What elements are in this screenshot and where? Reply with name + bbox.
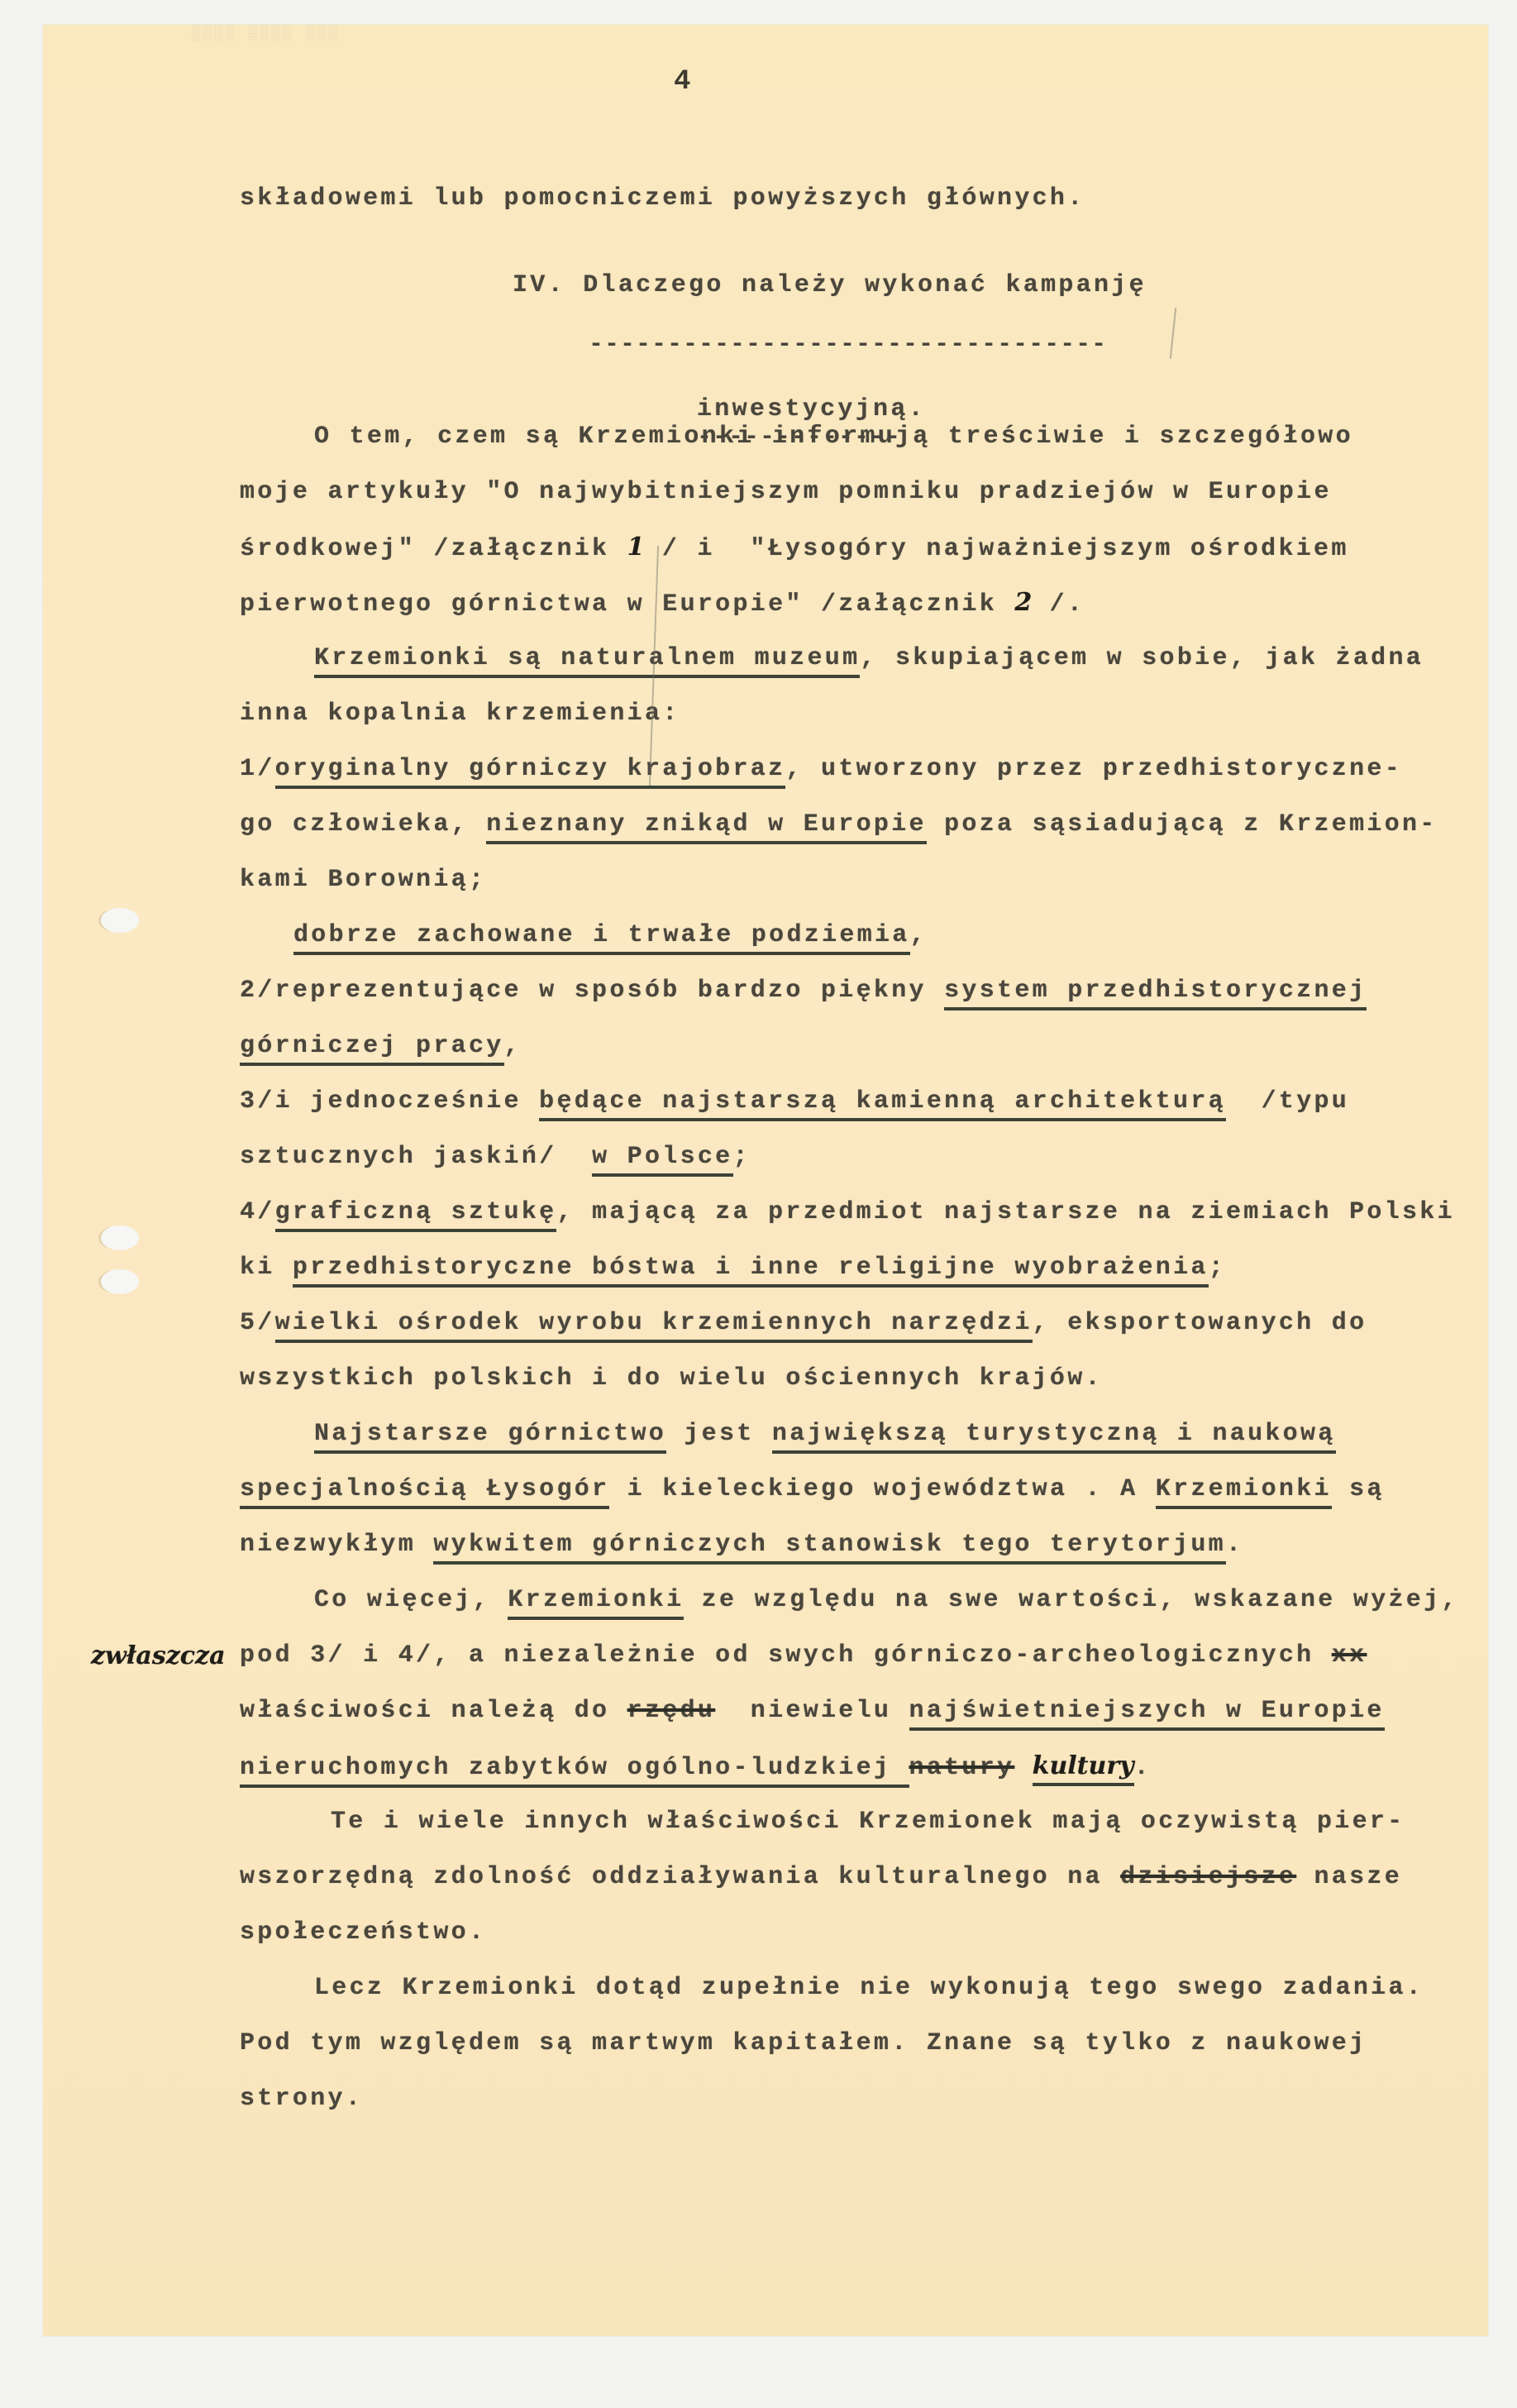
text-segment: 3/i jednocześnie — [240, 1087, 539, 1116]
text-segment: , utworzony przez przedhistoryczne- — [785, 755, 1402, 783]
underlined-text: specjalnością Łysogór — [240, 1475, 609, 1509]
handwritten-insertion: 2 — [1014, 588, 1032, 617]
text-line: specjalnością Łysogór i kieleckiego woje… — [240, 1474, 1385, 1504]
punch-hole — [101, 908, 139, 933]
text-segment: poza sąsiadującą z Krzemion- — [927, 810, 1438, 838]
text-segment: pod 3/ i 4/, a niezależnie od swych górn… — [240, 1641, 1332, 1670]
text-segment: 1/ — [240, 755, 275, 783]
text-line: niezwykłym wykwitem górniczych stanowisk… — [240, 1530, 1243, 1560]
underlined-text: nieruchomych zabytków ogólno-ludzkiej — [240, 1754, 909, 1788]
margin-note-handwritten: zwłaszcza — [91, 1641, 226, 1671]
text-line: Pod tym względem są martwym kapitałem. Z… — [240, 2028, 1367, 2058]
underlined-text: największą turystyczną i naukową — [772, 1420, 1336, 1454]
text-segment: wszorzędną zdolność oddziaływania kultur… — [240, 1863, 1120, 1891]
text-line: inna kopalnia krzemienia: — [240, 699, 680, 729]
underlined-text: górniczej pracy — [240, 1032, 504, 1066]
text-segment: ; — [733, 1143, 751, 1171]
section-title-line2: inwestycyjną. — [697, 394, 926, 424]
text-segment: są — [1332, 1475, 1385, 1503]
text-line: sztucznych jaskiń/ w Polsce; — [240, 1142, 751, 1172]
text-segment: pierwotnego górnictwa w Europie" /załącz… — [240, 590, 1014, 619]
underlined-text: Krzemionki — [1156, 1475, 1332, 1509]
text-line: Lecz Krzemionki dotąd zupełnie nie wykon… — [314, 1973, 1424, 2003]
text-segment: go człowieka, — [240, 810, 486, 838]
intro-line: składowemi lub pomocniczemi powyższych g… — [240, 184, 1085, 213]
text-segment: strony. — [240, 2085, 363, 2113]
text-line: dobrze zachowane i trwałe podziemia, — [293, 920, 928, 950]
faded-stamp: ░░░░ ░░░░ ░░░ — [192, 25, 465, 87]
text-segment: Co więcej, — [314, 1586, 508, 1614]
underlined-text: graficzną sztukę — [275, 1198, 557, 1232]
text-segment: . — [1134, 1754, 1152, 1782]
text-segment: /typu — [1226, 1087, 1349, 1116]
text-line: wszystkich polskich i do wielu ościennyc… — [240, 1364, 1103, 1393]
title-underline-dashes: --------------------------------- — [589, 331, 1107, 359]
text-segment: ; — [1209, 1254, 1226, 1282]
underlined-text: Najstarsze górnictwo — [314, 1420, 666, 1454]
text-line: 3/i jednocześnie będące najstarszą kamie… — [240, 1087, 1349, 1116]
text-line: społeczeństwo. — [240, 1918, 486, 1947]
text-line: 5/wielki ośrodek wyrobu krzemiennych nar… — [240, 1308, 1367, 1338]
text-segment: moje artykuły "O najwybitniejszym pomnik… — [240, 478, 1332, 506]
text-segment: nasze — [1296, 1863, 1402, 1891]
text-line: 2/reprezentujące w sposób bardzo piękny … — [240, 976, 1367, 1006]
text-segment: / i "Łysogóry najważniejszym ośrodkiem — [645, 535, 1349, 563]
text-line: 4/graficzną sztukę, mającą za przedmiot … — [240, 1197, 1455, 1227]
underlined-text: wielki ośrodek wyrobu krzemiennych narzę… — [275, 1309, 1033, 1343]
handwritten-insertion: 1 — [627, 533, 645, 561]
underlined-text: dobrze zachowane i trwałe podziemia — [293, 921, 910, 955]
text-segment: , skupiającem w sobie, jak żadna — [860, 644, 1424, 672]
text-line: go człowieka, nieznany znikąd w Europie … — [240, 810, 1438, 839]
text-line: nieruchomych zabytków ogólno-ludzkiej na… — [240, 1751, 1152, 1781]
text-line: Co więcej, Krzemionki ze względu na swe … — [314, 1585, 1459, 1615]
struck-out-text: xx — [1332, 1641, 1367, 1670]
text-segment: Te i wiele innych właściwości Krzemionek… — [331, 1808, 1405, 1836]
text-segment: Pod tym względem są martwym kapitałem. Z… — [240, 2029, 1367, 2057]
text-segment: społeczeństwo. — [240, 1918, 486, 1947]
struck-out-text: rzędu — [627, 1697, 716, 1725]
text-line: Te i wiele innych właściwości Krzemionek… — [331, 1807, 1405, 1837]
text-segment: , — [910, 921, 928, 949]
handwritten-insertion: kultury — [1033, 1751, 1134, 1786]
text-line: górniczej pracy, — [240, 1031, 522, 1061]
punch-hole — [101, 1269, 139, 1294]
text-line: właściwości należą do rzędu niewielu naj… — [240, 1696, 1385, 1726]
text-segment — [1014, 1754, 1032, 1782]
text-segment: O tem, czem są Krzemionki informują treś… — [314, 423, 1353, 451]
text-line: wszorzędną zdolność oddziaływania kultur… — [240, 1862, 1402, 1892]
text-segment: 4/ — [240, 1198, 275, 1226]
underlined-text: oryginalny górniczy krajobraz — [275, 755, 786, 789]
text-segment: inna kopalnia krzemienia: — [240, 700, 680, 728]
text-segment: 5/ — [240, 1309, 275, 1337]
struck-out-text: natury — [909, 1754, 1015, 1782]
text-segment: jest — [666, 1420, 772, 1448]
page-number: 4 — [674, 66, 690, 98]
underlined-text: w Polsce — [592, 1143, 732, 1177]
underlined-text: Krzemionki są naturalnem muzeum — [314, 644, 860, 678]
text-segment: 2/reprezentujące w sposób bardzo piękny — [240, 977, 944, 1005]
text-line: 1/oryginalny górniczy krajobraz, utworzo… — [240, 754, 1402, 784]
text-segment: . — [1226, 1531, 1243, 1559]
text-line: środkowej" /załącznik 1 / i "Łysogóry na… — [240, 533, 1349, 562]
struck-out-text: dzisiejsze — [1120, 1863, 1296, 1891]
text-segment: ki — [240, 1254, 293, 1282]
text-line: pierwotnego górnictwa w Europie" /załącz… — [240, 588, 1085, 618]
text-segment: Lecz Krzemionki dotąd zupełnie nie wykon… — [314, 1974, 1424, 2002]
text-segment: wszystkich polskich i do wielu ościennyc… — [240, 1364, 1103, 1393]
underlined-text: będące najstarszą kamienną architekturą — [539, 1087, 1226, 1121]
text-line: strony. — [240, 2084, 363, 2114]
text-line: kami Borownią; — [240, 865, 486, 895]
text-line: pod 3/ i 4/, a niezależnie od swych górn… — [240, 1641, 1367, 1670]
text-line: O tem, czem są Krzemionki informują treś… — [314, 422, 1353, 451]
underlined-text: wykwitem górniczych stanowisk tego teryt… — [433, 1531, 1226, 1565]
text-segment: niezwykłym — [240, 1531, 433, 1559]
underlined-text: przedhistoryczne bóstwa i inne religijne… — [293, 1254, 1209, 1288]
punch-hole — [101, 1225, 139, 1250]
text-segment: i kieleckiego województwa . A — [609, 1475, 1155, 1503]
text-line: ki przedhistoryczne bóstwa i inne religi… — [240, 1253, 1226, 1283]
underlined-text: najświetniejszych w Europie — [909, 1697, 1385, 1731]
text-line: Krzemionki są naturalnem muzeum, skupiaj… — [314, 643, 1424, 673]
underlined-text: nieznany znikąd w Europie — [486, 810, 927, 844]
text-line: Najstarsze górnictwo jest największą tur… — [314, 1419, 1336, 1449]
text-segment: kami Borownią; — [240, 866, 486, 894]
text-segment: , eksportowanych do — [1033, 1309, 1367, 1337]
section-title-line1: IV. Dlaczego należy wykonać kampanję — [513, 270, 1147, 300]
text-segment: właściwości należą do — [240, 1697, 627, 1725]
underlined-text: system przedhistorycznej — [944, 977, 1367, 1010]
text-segment: niewielu — [715, 1697, 909, 1725]
text-segment: /. — [1032, 590, 1085, 619]
text-segment: sztucznych jaskiń/ — [240, 1143, 592, 1171]
underlined-text: Krzemionki — [508, 1586, 684, 1620]
text-segment: , mającą za przedmiot najstarsze na ziem… — [556, 1198, 1454, 1226]
text-segment: ze względu na swe wartości, wskazane wyż… — [684, 1586, 1458, 1614]
text-line: moje artykuły "O najwybitniejszym pomnik… — [240, 477, 1332, 507]
text-segment: środkowej" /załącznik — [240, 535, 627, 563]
text-segment: , — [504, 1032, 522, 1060]
